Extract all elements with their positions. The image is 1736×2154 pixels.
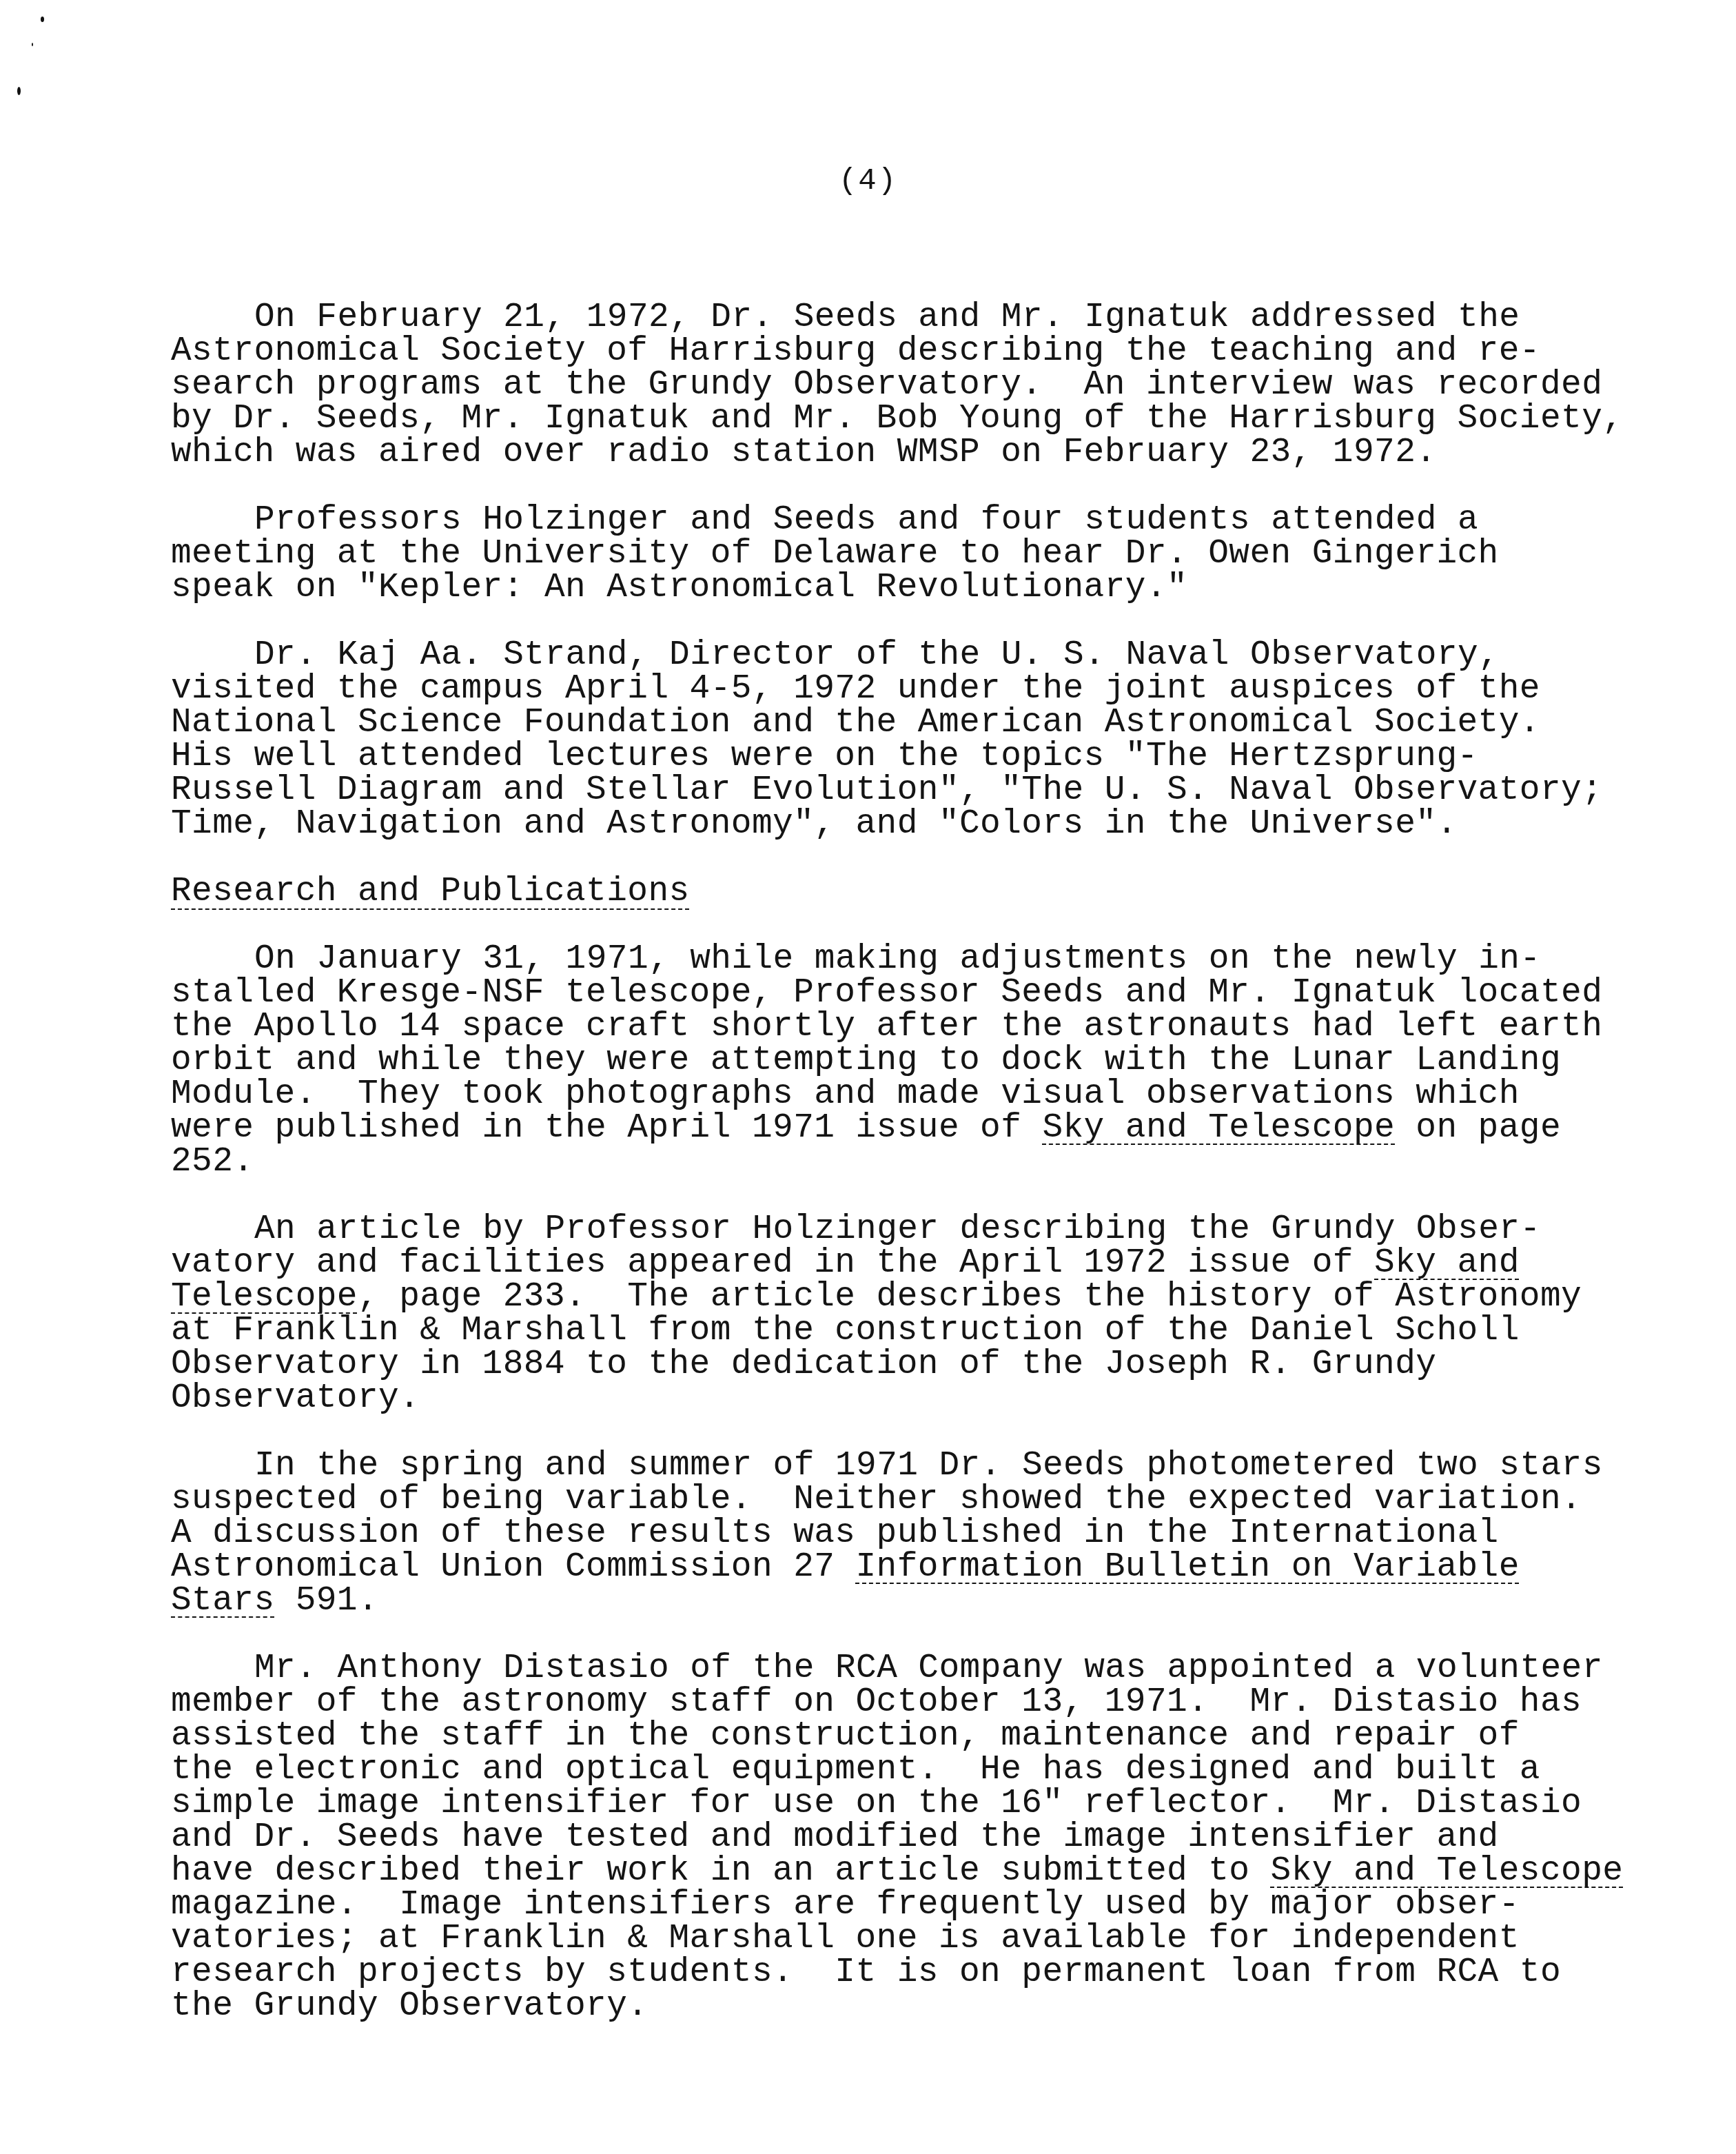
paragraph-holzinger_article: An article by Professor Holzinger descri…	[171, 1212, 1632, 1415]
text-line: In the spring and summer of 1971 Dr. See…	[171, 1449, 1632, 1483]
scan-speck	[41, 17, 44, 22]
underlined-title: Stars	[171, 1581, 275, 1620]
paragraph-harrisburg: On February 21, 1972, Dr. Seeds and Mr. …	[171, 301, 1632, 469]
paragraph-delaware: Professors Holzinger and Seeds and four …	[171, 503, 1632, 604]
text-line: orbit and while they were attempting to …	[171, 1044, 1632, 1077]
scan-speck	[32, 43, 33, 46]
underlined-title: Sky and Telescope	[1271, 1851, 1624, 1890]
text-line: National Science Foundation and the Amer…	[171, 706, 1632, 740]
text-line: assisted the staff in the construction, …	[171, 1719, 1632, 1753]
text-line: Telescope, page 233. The article describ…	[171, 1280, 1632, 1314]
text-line: Stars 591.	[171, 1584, 1632, 1618]
paragraph-photometry: In the spring and summer of 1971 Dr. See…	[171, 1449, 1632, 1618]
underlined-title: Information Bulletin on Variable	[855, 1547, 1519, 1586]
text-line: speak on "Kepler: An Astronomical Revolu…	[171, 571, 1632, 604]
text-line: His well attended lectures were on the t…	[171, 740, 1632, 773]
scan-speck	[17, 87, 21, 95]
text-line: Time, Navigation and Astronomy", and "Co…	[171, 807, 1632, 841]
section-paragraphs: On January 31, 1971, while making adjust…	[171, 942, 1632, 2023]
text-line: Dr. Kaj Aa. Strand, Director of the U. S…	[171, 638, 1632, 672]
text-line: An article by Professor Holzinger descri…	[171, 1212, 1632, 1246]
underlined-title: Sky and Telescope	[1042, 1108, 1395, 1147]
underlined-title: Sky and	[1374, 1243, 1520, 1282]
text-line: Russell Diagram and Stellar Evolution", …	[171, 773, 1632, 807]
text-line: On January 31, 1971, while making adjust…	[171, 942, 1632, 976]
text-line: search programs at the Grundy Observator…	[171, 368, 1632, 402]
underlined-title: Telescope	[171, 1277, 358, 1316]
section-heading: Research and Publications	[171, 875, 1632, 908]
section-heading-text: Research and Publications	[171, 875, 1632, 908]
page-number: (4)	[0, 164, 1736, 199]
text-line: magazine. Image intensifiers are frequen…	[171, 1888, 1632, 1922]
text-line: Professors Holzinger and Seeds and four …	[171, 503, 1632, 537]
text-line: Astronomical Union Commission 27 Informa…	[171, 1550, 1632, 1584]
text-line: were published in the April 1971 issue o…	[171, 1111, 1632, 1145]
text-line: and Dr. Seeds have tested and modified t…	[171, 1820, 1632, 1854]
text-line: research projects by students. It is on …	[171, 1955, 1632, 1989]
document-body: On February 21, 1972, Dr. Seeds and Mr. …	[171, 301, 1632, 2057]
text-line: which was aired over radio station WMSP …	[171, 436, 1632, 469]
intro-paragraphs: On February 21, 1972, Dr. Seeds and Mr. …	[171, 301, 1632, 841]
text-line: meeting at the University of Delaware to…	[171, 537, 1632, 571]
text-line: 252.	[171, 1145, 1632, 1179]
text-line: Module. They took photographs and made v…	[171, 1077, 1632, 1111]
text-line: visited the campus April 4-5, 1972 under…	[171, 672, 1632, 706]
text-line: suspected of being variable. Neither sho…	[171, 1483, 1632, 1516]
text-line: On February 21, 1972, Dr. Seeds and Mr. …	[171, 301, 1632, 334]
document-page: (4) On February 21, 1972, Dr. Seeds and …	[0, 0, 1736, 2154]
text-line: Astronomical Society of Harrisburg descr…	[171, 334, 1632, 368]
text-line: vatory and facilities appeared in the Ap…	[171, 1246, 1632, 1280]
paragraph-apollo: On January 31, 1971, while making adjust…	[171, 942, 1632, 1179]
text-line: Observatory.	[171, 1381, 1632, 1415]
text-line: the Grundy Observatory.	[171, 1989, 1632, 2023]
text-line: Mr. Anthony Distasio of the RCA Company …	[171, 1652, 1632, 1685]
text-line: vatories; at Franklin & Marshall one is …	[171, 1922, 1632, 1955]
text-line: Observatory in 1884 to the dedication of…	[171, 1348, 1632, 1381]
text-line: stalled Kresge-NSF telescope, Professor …	[171, 976, 1632, 1010]
text-line: the Apollo 14 space craft shortly after …	[171, 1010, 1632, 1044]
text-line: A discussion of these results was publis…	[171, 1516, 1632, 1550]
paragraph-distasio: Mr. Anthony Distasio of the RCA Company …	[171, 1652, 1632, 2023]
text-line: member of the astronomy staff on October…	[171, 1685, 1632, 1719]
text-line: have described their work in an article …	[171, 1854, 1632, 1888]
paragraph-strand: Dr. Kaj Aa. Strand, Director of the U. S…	[171, 638, 1632, 841]
text-line: the electronic and optical equipment. He…	[171, 1753, 1632, 1787]
text-line: simple image intensifier for use on the …	[171, 1787, 1632, 1820]
text-line: by Dr. Seeds, Mr. Ignatuk and Mr. Bob Yo…	[171, 402, 1632, 436]
text-line: at Franklin & Marshall from the construc…	[171, 1314, 1632, 1348]
